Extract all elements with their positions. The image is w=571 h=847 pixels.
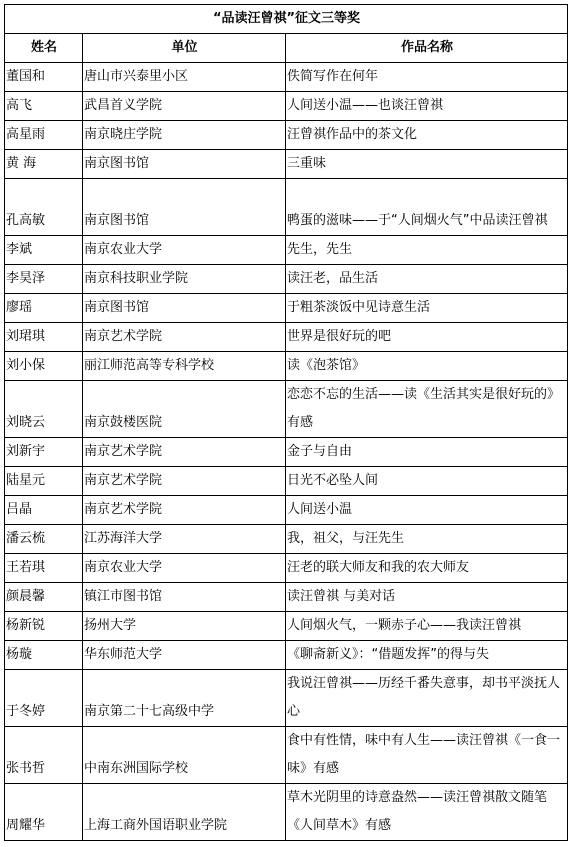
- cell-unit: 丽江师范高等专科学校: [83, 352, 286, 381]
- cell-name: 高星雨: [5, 121, 83, 150]
- cell-name: 杨新锐: [5, 612, 83, 641]
- cell-work: 于粗茶淡饭中见诗意生活: [286, 294, 568, 323]
- cell-unit: 南京农业大学: [83, 554, 286, 583]
- cell-unit: 武昌首义学院: [83, 92, 286, 121]
- cell-work: 读《泡茶馆》: [286, 352, 568, 381]
- cell-name: 颜晨馨: [5, 583, 83, 612]
- cell-unit: 华东师范大学: [83, 641, 286, 670]
- table-row: 董国和唐山市兴泰里小区佚简写作在何年: [5, 63, 568, 92]
- table-row: 潘云梳江苏海洋大学我，祖父，与汪先生: [5, 525, 568, 554]
- cell-unit: 南京艺术学院: [83, 438, 286, 467]
- table-row: 王若琪南京农业大学汪老的联大师友和我的农大师友: [5, 554, 568, 583]
- column-header-unit: 单位: [83, 34, 286, 63]
- cell-unit: 上海工商外国语职业学院: [83, 784, 286, 841]
- cell-unit: 南京艺术学院: [83, 323, 286, 352]
- cell-work: 鸭蛋的滋味——于“人间烟火气”中品读汪曾祺: [286, 179, 568, 236]
- cell-unit: 南京科技职业学院: [83, 265, 286, 294]
- cell-name: 吕晶: [5, 496, 83, 525]
- cell-name: 潘云梳: [5, 525, 83, 554]
- cell-name: 于冬婷: [5, 670, 83, 727]
- cell-name: 张书哲: [5, 727, 83, 784]
- cell-unit: 南京艺术学院: [83, 467, 286, 496]
- cell-name: 刘小保: [5, 352, 83, 381]
- cell-unit: 南京图书馆: [83, 294, 286, 323]
- cell-name: 高飞: [5, 92, 83, 121]
- cell-name: 李斌: [5, 236, 83, 265]
- cell-work: 三重味: [286, 150, 568, 179]
- table-row: 于冬婷南京第二十七高级中学我说汪曾祺——历经千番失意事，却书平淡抚人心: [5, 670, 568, 727]
- cell-unit: 南京晓庄学院: [83, 121, 286, 150]
- cell-unit: 唐山市兴泰里小区: [83, 63, 286, 92]
- cell-work: 日光不必坠人间: [286, 467, 568, 496]
- column-header-work: 作品名称: [286, 34, 568, 63]
- table-row: 刘晓云南京鼓楼医院恋恋不忘的生活——读《生活其实是很好玩的》有感: [5, 381, 568, 438]
- table-row: 高飞武昌首义学院人间送小温——也谈汪曾祺: [5, 92, 568, 121]
- cell-name: 刘新宇: [5, 438, 83, 467]
- title-row: “品读汪曾祺”征文三等奖: [5, 5, 568, 34]
- cell-work: 我，祖父，与汪先生: [286, 525, 568, 554]
- table-row: 颜晨馨镇江市图书馆读汪曾祺 与美对话: [5, 583, 568, 612]
- table-row: 刘新宇南京艺术学院金子与自由: [5, 438, 568, 467]
- table-row: 李斌南京农业大学先生，先生: [5, 236, 568, 265]
- column-header-name: 姓名: [5, 34, 83, 63]
- table-row: 周耀华上海工商外国语职业学院草木光阴里的诗意盎然——读汪曾祺散文随笔《人间草木》…: [5, 784, 568, 841]
- cell-work: 汪老的联大师友和我的农大师友: [286, 554, 568, 583]
- cell-name: 董国和: [5, 63, 83, 92]
- cell-unit: 中南东洲国际学校: [83, 727, 286, 784]
- cell-work: 金子与自由: [286, 438, 568, 467]
- cell-unit: 扬州大学: [83, 612, 286, 641]
- table-row: 吕晶南京艺术学院人间送小温: [5, 496, 568, 525]
- cell-name: 刘珺琪: [5, 323, 83, 352]
- cell-name: 李昊泽: [5, 265, 83, 294]
- cell-unit: 南京鼓楼医院: [83, 381, 286, 438]
- table-row: 陆星元南京艺术学院日光不必坠人间: [5, 467, 568, 496]
- table-row: 廖瑶南京图书馆于粗茶淡饭中见诗意生活: [5, 294, 568, 323]
- table-row: 刘珺琪南京艺术学院世界是很好玩的吧: [5, 323, 568, 352]
- cell-name: 黄 海: [5, 150, 83, 179]
- cell-work: 汪曾祺作品中的茶文化: [286, 121, 568, 150]
- cell-unit: 南京农业大学: [83, 236, 286, 265]
- table-body: 董国和唐山市兴泰里小区佚简写作在何年高飞武昌首义学院人间送小温——也谈汪曾祺高星…: [5, 63, 568, 841]
- cell-work: 《聊斋新义》：“借题发挥”的得与失: [286, 641, 568, 670]
- cell-name: 王若琪: [5, 554, 83, 583]
- table-row: 张书哲中南东洲国际学校食中有性情，味中有人生——读汪曾祺《一食一味》有感: [5, 727, 568, 784]
- cell-work: 食中有性情，味中有人生——读汪曾祺《一食一味》有感: [286, 727, 568, 784]
- cell-work: 读汪老，品生活: [286, 265, 568, 294]
- cell-work: 先生，先生: [286, 236, 568, 265]
- table-row: 杨璇华东师范大学《聊斋新义》：“借题发挥”的得与失: [5, 641, 568, 670]
- cell-unit: 南京第二十七高级中学: [83, 670, 286, 727]
- cell-name: 孔高敏: [5, 179, 83, 236]
- cell-unit: 江苏海洋大学: [83, 525, 286, 554]
- cell-unit: 南京艺术学院: [83, 496, 286, 525]
- cell-unit: 南京图书馆: [83, 150, 286, 179]
- cell-work: 人间送小温——也谈汪曾祺: [286, 92, 568, 121]
- header-row: 姓名 单位 作品名称: [5, 34, 568, 63]
- table-row: 黄 海南京图书馆三重味: [5, 150, 568, 179]
- table-row: 杨新锐扬州大学人间烟火气，一颗赤子心——我读汪曾祺: [5, 612, 568, 641]
- cell-work: 世界是很好玩的吧: [286, 323, 568, 352]
- cell-work: 我说汪曾祺——历经千番失意事，却书平淡抚人心: [286, 670, 568, 727]
- table-row: 李昊泽南京科技职业学院读汪老，品生活: [5, 265, 568, 294]
- cell-work: 人间送小温: [286, 496, 568, 525]
- table-row: 高星雨南京晓庄学院汪曾祺作品中的茶文化: [5, 121, 568, 150]
- cell-name: 陆星元: [5, 467, 83, 496]
- table-title: “品读汪曾祺”征文三等奖: [5, 5, 568, 34]
- cell-work: 佚简写作在何年: [286, 63, 568, 92]
- table-row: 孔高敏南京图书馆鸭蛋的滋味——于“人间烟火气”中品读汪曾祺: [5, 179, 568, 236]
- cell-work: 草木光阴里的诗意盎然——读汪曾祺散文随笔《人间草木》有感: [286, 784, 568, 841]
- table-row: 刘小保丽江师范高等专科学校读《泡茶馆》: [5, 352, 568, 381]
- cell-work: 恋恋不忘的生活——读《生活其实是很好玩的》有感: [286, 381, 568, 438]
- award-table: “品读汪曾祺”征文三等奖 姓名 单位 作品名称 董国和唐山市兴泰里小区佚简写作在…: [4, 4, 568, 841]
- cell-name: 刘晓云: [5, 381, 83, 438]
- cell-name: 杨璇: [5, 641, 83, 670]
- cell-work: 人间烟火气，一颗赤子心——我读汪曾祺: [286, 612, 568, 641]
- cell-name: 廖瑶: [5, 294, 83, 323]
- cell-unit: 南京图书馆: [83, 179, 286, 236]
- cell-unit: 镇江市图书馆: [83, 583, 286, 612]
- cell-name: 周耀华: [5, 784, 83, 841]
- cell-work: 读汪曾祺 与美对话: [286, 583, 568, 612]
